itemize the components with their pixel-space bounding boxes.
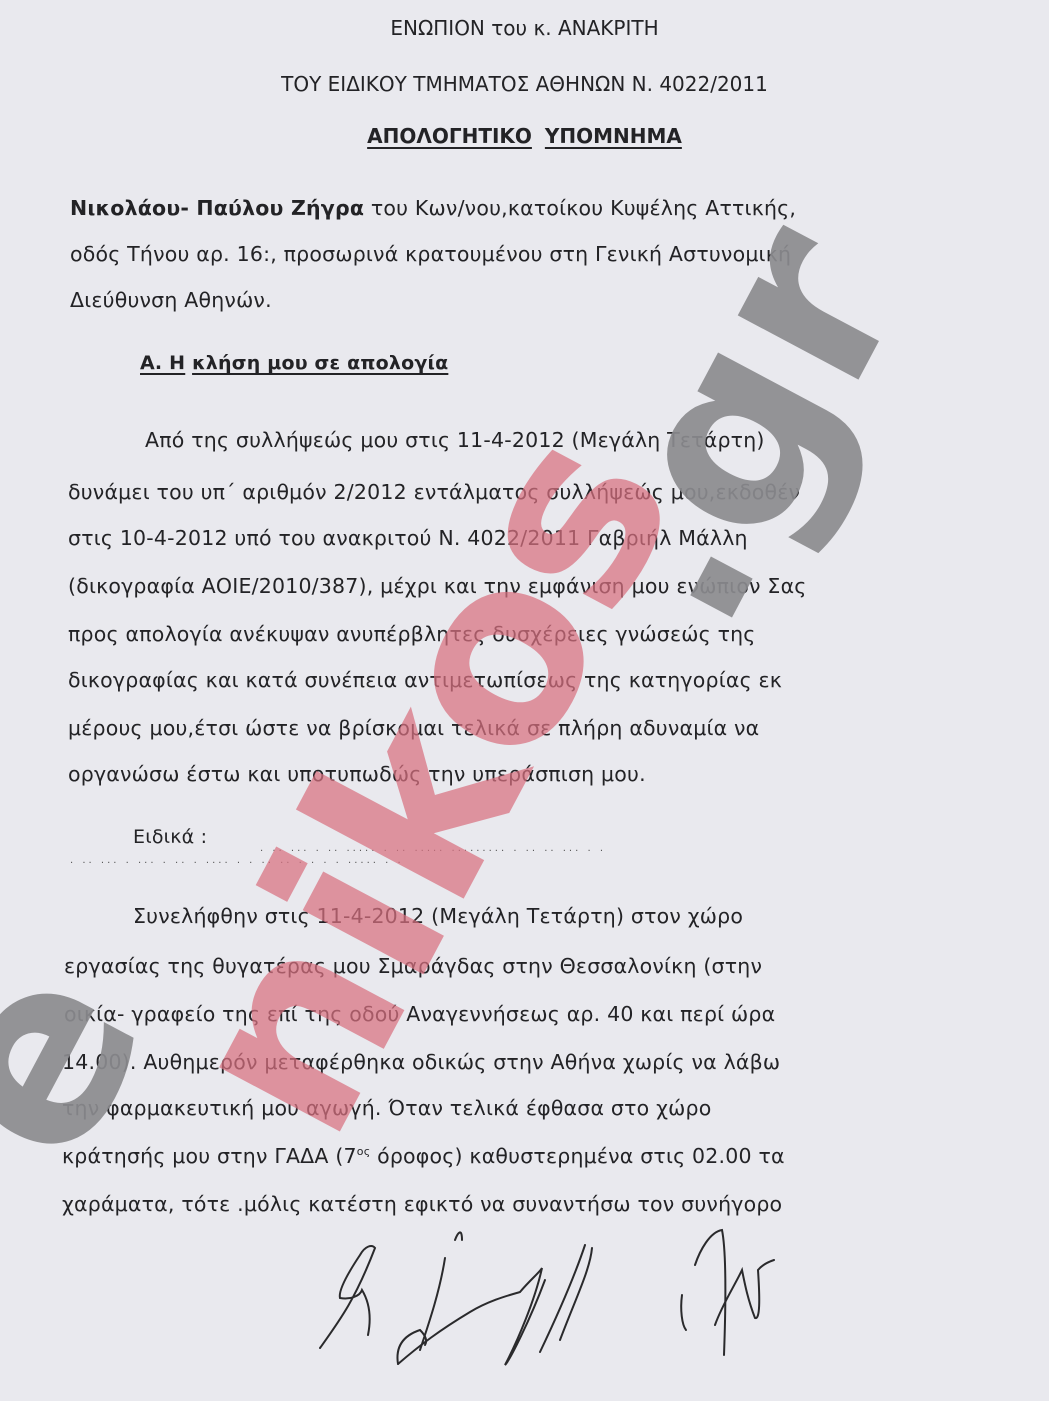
document-page: ΕΝΩΠΙΟΝ του κ. ΑΝΑΚΡΙΤΗ ΤΟΥ ΕΙΔΙΚΟΥ ΤΜΗΜ… [0,0,1049,1401]
signature-1 [320,1232,592,1365]
signatures [0,0,1049,1401]
signature-2 [681,1230,774,1355]
